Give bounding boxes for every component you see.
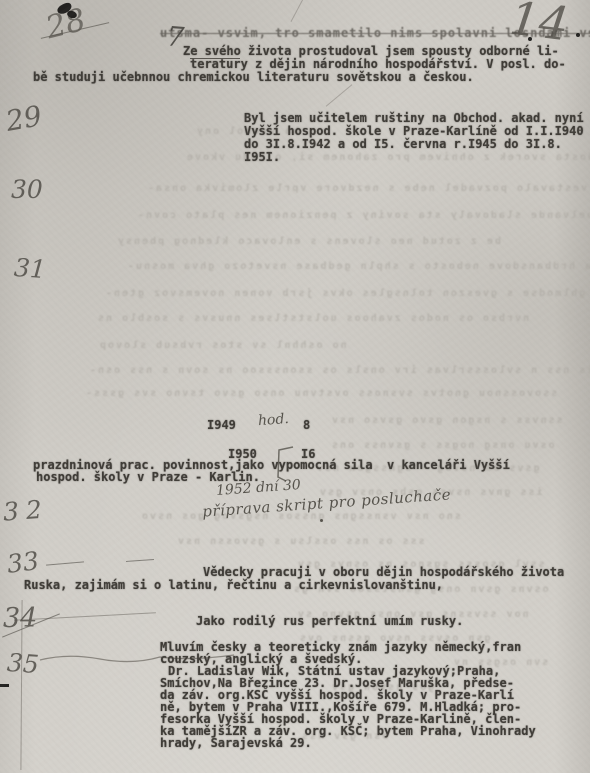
typed-paragraph2-line3: do 3I.8.I942 a od I5. června r.I945 do 3…	[244, 138, 562, 151]
typed-value-8: 8	[303, 419, 310, 432]
pencil-dash	[126, 559, 154, 562]
bleedthrough-line: ne vcho vestavalo pozvadel nebe s nezdvo…	[146, 183, 590, 194]
typed-year-1949: I949	[207, 419, 236, 432]
ink-speck	[528, 37, 532, 41]
typed-paragraph6-line9: hrady, Sarajevská 29.	[160, 737, 312, 750]
margin-number-30: 30	[11, 175, 43, 204]
bleedthrough-line: ssnvss s nsgon gsvo gsvso nsv	[330, 415, 563, 426]
bleedthrough-line: no oshhnl sv stos rvbsub slovop	[98, 340, 347, 351]
bleedthrough-line: ssovossnou gnotvs svsnoss ovstvnu onso g…	[84, 388, 557, 399]
handwritten-hod: hod.	[257, 411, 289, 429]
pencil-stroke	[326, 84, 353, 107]
bleedthrough-line: gbelvande sladovaly sta soviny z penzion…	[136, 210, 590, 221]
pencil-dash	[46, 561, 84, 565]
ink-speck	[0, 684, 9, 687]
typed-paragraph2-line4: I95I.	[244, 151, 280, 164]
typed-paragraph5: Jako rodilý rus perfektní umím rusky.	[196, 615, 463, 628]
pencil-dot	[320, 519, 323, 522]
pencil-stroke	[291, 0, 306, 22]
bleedthrough-line: nvrbso os nodos zvahoos uolststlses nnus…	[96, 313, 529, 324]
typed-paragraph1-line3: bě studuji učebnnou chremickou literatur…	[33, 71, 474, 84]
pencil-dot	[576, 33, 580, 37]
scanned-document-page: ha vrchol ony dosta svorek z ohnivem pro…	[0, 0, 590, 773]
margin-number-33: 33	[5, 546, 40, 579]
margin-number-31: 31	[13, 253, 47, 284]
bleedthrough-line: sss os nss osslsu s gsvossn nsv	[176, 536, 425, 547]
bleedthrough-line: osvu onsg nogss s gsvnss ons	[330, 440, 555, 451]
bleedthrough-line: ovna hrdbansdove nebosto s shpln gedbase…	[126, 261, 590, 272]
margin-number-29: 29	[3, 99, 44, 138]
margin-vertical-line	[20, 600, 22, 770]
bleedthrough-line: is nss n svlosssrlvas irv onsls os ssons…	[88, 365, 590, 376]
margin-number-32: 32	[2, 494, 50, 526]
margin-number-35: 35	[6, 648, 40, 679]
typed-paragraph4-line2: Ruska, zajimám si o latinu, řečtinu a ci…	[24, 579, 443, 592]
bleedthrough-line: be z zotud neo slovens s enlovaco kledno…	[116, 236, 501, 247]
bleedthrough-line: ghlmodse s gveszon tolnsgles okvs jsrb v…	[104, 288, 585, 299]
